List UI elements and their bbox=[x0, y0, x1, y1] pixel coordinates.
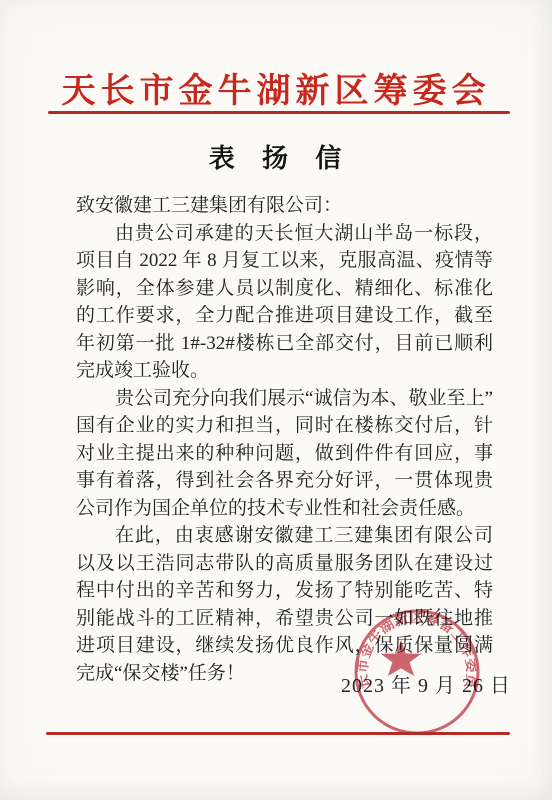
salutation: 致安徽建工三建集团有限公司： bbox=[76, 192, 493, 220]
letterhead-rule bbox=[48, 111, 510, 114]
org-name: 天长市金牛湖新区筹委会 bbox=[0, 63, 552, 112]
letter-page: 天长市金牛湖新区筹委会 表 扬 信 致安徽建工三建集团有限公司： 由贵公司承建的… bbox=[0, 0, 552, 800]
official-seal: 天长市金牛湖新区筹备工作委员会 bbox=[337, 592, 497, 752]
seal-text: 天长市金牛湖新区筹备工作委员会 bbox=[337, 592, 480, 690]
paragraph-1: 由贵公司承建的天长恒大湖山半岛一标段，项目自 2022 年 8 月复工以来，克服… bbox=[76, 220, 493, 385]
seal-text-arc bbox=[367, 622, 467, 694]
footer-rule bbox=[46, 732, 510, 735]
letter-title: 表 扬 信 bbox=[0, 138, 552, 175]
svg-text:天长市金牛湖新区筹备工作委员会: 天长市金牛湖新区筹备工作委员会 bbox=[337, 592, 480, 690]
star-icon bbox=[381, 640, 421, 676]
paragraph-2: 贵公司充分向我们展示“诚信为本、敬业至上”国有企业的实力和担当，同时在楼栋交付后… bbox=[76, 385, 493, 523]
